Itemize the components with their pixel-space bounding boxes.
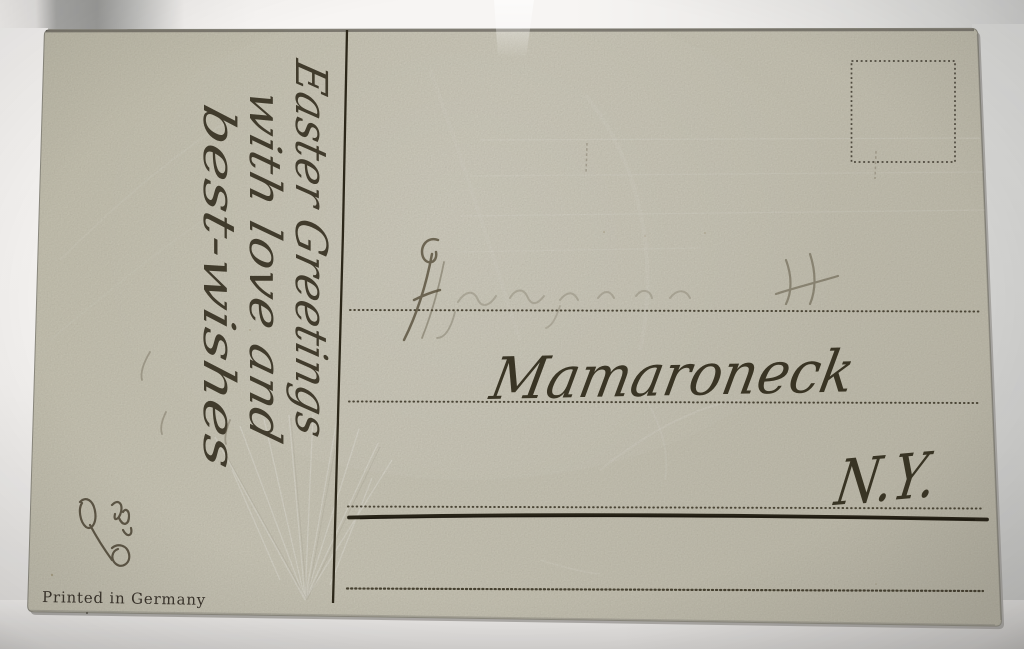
photo-canvas: Easter Greetings with love and best-wish…: [0, 0, 1024, 649]
photo-vignette: [0, 0, 1024, 649]
postcard-photo: Easter Greetings with love and best-wish…: [0, 0, 1024, 649]
